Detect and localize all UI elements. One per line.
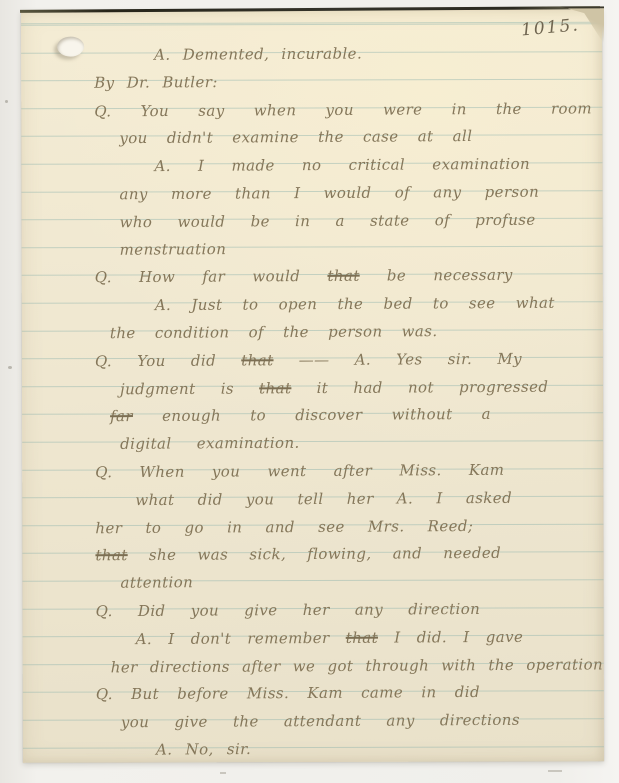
line-text: A. Just to open the bed to see what	[155, 294, 555, 314]
line-text: her to go in and see Mrs. Reed;	[95, 517, 473, 537]
manuscript-line: you give the attendant any directions	[121, 706, 520, 736]
manuscript-line: judgment is that it had not progressed	[120, 372, 549, 403]
line-text: what did you tell her A. I asked	[135, 489, 512, 509]
struck-word: that	[259, 379, 291, 397]
manuscript-line: A. I made no critical examination	[154, 150, 530, 180]
line-text: I did. I gave	[378, 628, 523, 647]
manuscript-line: A. Demented, incurable.	[154, 40, 362, 69]
line-text: Q. When you went after Miss. Kam	[95, 461, 504, 481]
line-text: the condition of the person was.	[110, 322, 438, 342]
struck-word: that	[95, 546, 127, 564]
scan-mark	[548, 770, 562, 772]
struck-word: far	[110, 407, 133, 425]
line-text: Q. How far would	[95, 267, 328, 286]
manuscript-line: who would be in a state of profuse	[119, 205, 535, 236]
manuscript-line: attention	[120, 568, 193, 596]
line-text: A. I made no critical examination	[154, 155, 530, 175]
line-text: Q. You say when you were in the room	[94, 99, 592, 120]
line-text: A. No, sir.	[156, 740, 251, 759]
line-text: you give the attendant any directions	[121, 711, 520, 731]
line-text: —— A. Yes sir. My	[273, 350, 522, 370]
line-text: Q. But before Miss. Kam came in did	[96, 683, 480, 703]
manuscript-line: digital examination.	[120, 429, 300, 458]
line-text: attention	[120, 573, 193, 591]
struck-word: that	[346, 628, 378, 646]
manuscript-line: By Dr. Butler:	[94, 68, 218, 97]
manuscript-line: Q. Did you give her any direction	[96, 595, 481, 625]
line-text: By Dr. Butler:	[94, 73, 218, 92]
manuscript-line: her directions after we got through with…	[111, 650, 603, 681]
manuscript-line: the condition of the person was.	[110, 317, 438, 347]
dust-speck	[8, 366, 12, 369]
manuscript-line: menstruation	[120, 235, 227, 264]
line-text: it had not progressed	[291, 377, 548, 397]
line-text: any more than I would of any person	[119, 183, 539, 204]
line-text: she was sick, flowing, and needed	[128, 544, 502, 564]
line-text: enough to discover without a	[133, 405, 491, 425]
manuscript-line: Q. You did that —— A. Yes sir. My	[95, 345, 522, 376]
manuscript-page: 1015. A. Demented, incurable.By Dr. Butl…	[21, 9, 604, 763]
struck-word: that	[241, 351, 273, 369]
scan-background: 1015. A. Demented, incurable.By Dr. Butl…	[0, 0, 619, 783]
manuscript-line: Q. But before Miss. Kam came in did	[96, 678, 480, 708]
manuscript-line: any more than I would of any person	[119, 178, 539, 209]
line-text: digital examination.	[120, 434, 300, 453]
line-text: A. I don't remember	[136, 629, 346, 648]
line-text: her directions after we got through with…	[111, 655, 603, 676]
manuscript-line: A. No, sir.	[156, 735, 251, 764]
manuscript-line: what did you tell her A. I asked	[135, 484, 512, 514]
struck-word: that	[327, 267, 359, 285]
line-text: who would be in a state of profuse	[120, 210, 536, 231]
manuscript-line: Q. How far would that be necessary	[95, 261, 513, 292]
line-text: you didn't examine the case at all	[119, 127, 472, 147]
manuscript-line: Q. When you went after Miss. Kam	[95, 456, 504, 486]
line-text: A. Demented, incurable.	[154, 45, 362, 64]
line-text: be necessary	[360, 266, 513, 285]
manuscript-line: Q. You say when you were in the room	[94, 94, 592, 125]
manuscript-line: that she was sick, flowing, and needed	[95, 539, 501, 569]
line-text: Q. You did	[95, 351, 241, 370]
manuscript-line: far enough to discover without a	[110, 400, 491, 430]
manuscript-line: her to go in and see Mrs. Reed;	[95, 512, 473, 542]
dust-speck	[5, 100, 8, 103]
manuscript-line: you didn't examine the case at all	[119, 122, 472, 152]
manuscript-line: A. I don't remember that I did. I gave	[136, 623, 524, 653]
manuscript-line: A. Just to open the bed to see what	[155, 289, 555, 319]
line-text: menstruation	[120, 240, 227, 259]
line-text: Q. Did you give her any direction	[96, 600, 481, 620]
scan-mark	[220, 772, 226, 774]
line-text: judgment is	[120, 379, 259, 398]
manuscript-lines: A. Demented, incurable.By Dr. Butler:Q. …	[21, 39, 604, 763]
